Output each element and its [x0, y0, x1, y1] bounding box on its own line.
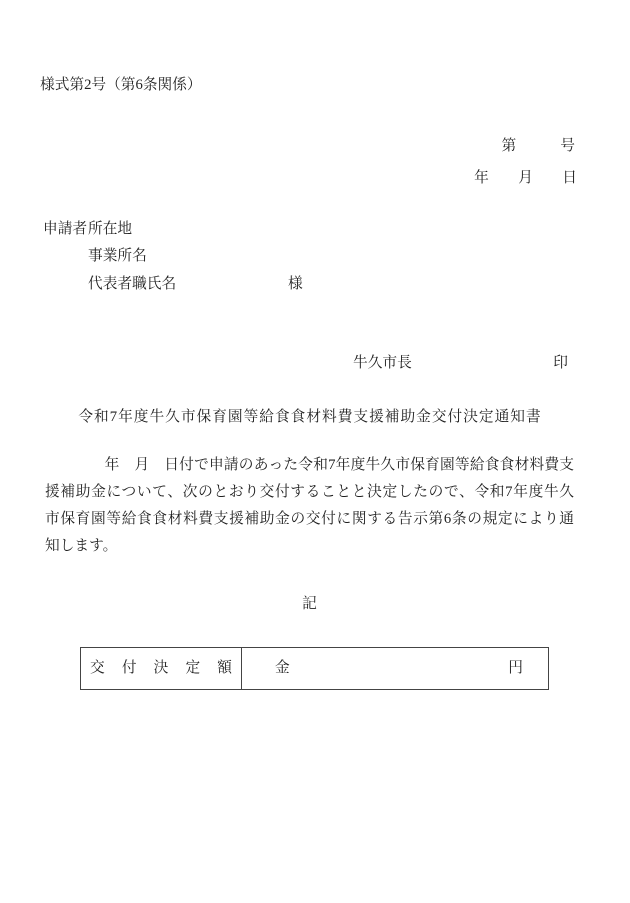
body-paragraph-line: 援補助金について、次のとおり交付することと決定したので、令和7年度牛久 — [45, 485, 574, 500]
document-date-line: 年 月 日 — [474, 171, 577, 186]
amount-prefix-kin: 金 — [275, 661, 290, 676]
notice-document-page: 様式第2号（第6条関係） 第 号 年 月 日 申請者 所在地 事業所名 代表者職… — [0, 0, 630, 903]
applicant-office-label: 事業所名 — [88, 249, 147, 264]
body-paragraph-line: 年 月 日付で申請のあった令和7年度牛久市保育園等給食食材料費支 — [45, 458, 574, 473]
honorific-sama: 様 — [288, 277, 303, 292]
document-number-line: 第 号 — [502, 139, 575, 154]
body-paragraph-line: 市保育園等給食食材料費支援補助金の交付に関する告示第6条の規定により通 — [45, 512, 574, 527]
form-number: 様式第2号（第6条関係） — [40, 78, 202, 93]
applicant-label: 申請者 — [43, 222, 87, 237]
applicant-address-label: 所在地 — [88, 222, 132, 237]
issuer-row: 牛久市長 印 — [353, 356, 568, 371]
document-title: 令和7年度牛久市保育園等給食食材料費支援補助金交付決定通知書 — [45, 410, 575, 425]
ki-heading: 記 — [45, 597, 574, 612]
grant-amount-label: 交付決定額 — [90, 661, 232, 676]
applicant-representative-label: 代表者職氏名 — [88, 277, 176, 292]
table-amount-cell: 金 円 — [242, 648, 548, 689]
seal-mark: 印 — [553, 356, 568, 371]
body-paragraph-line: 知します。 — [45, 539, 574, 554]
amount-suffix-en: 円 — [508, 661, 523, 676]
table-row-label-cell: 交付決定額 — [81, 648, 242, 689]
issuer-name: 牛久市長 — [353, 356, 412, 371]
grant-decision-table: 交付決定額 金 円 — [80, 647, 549, 690]
